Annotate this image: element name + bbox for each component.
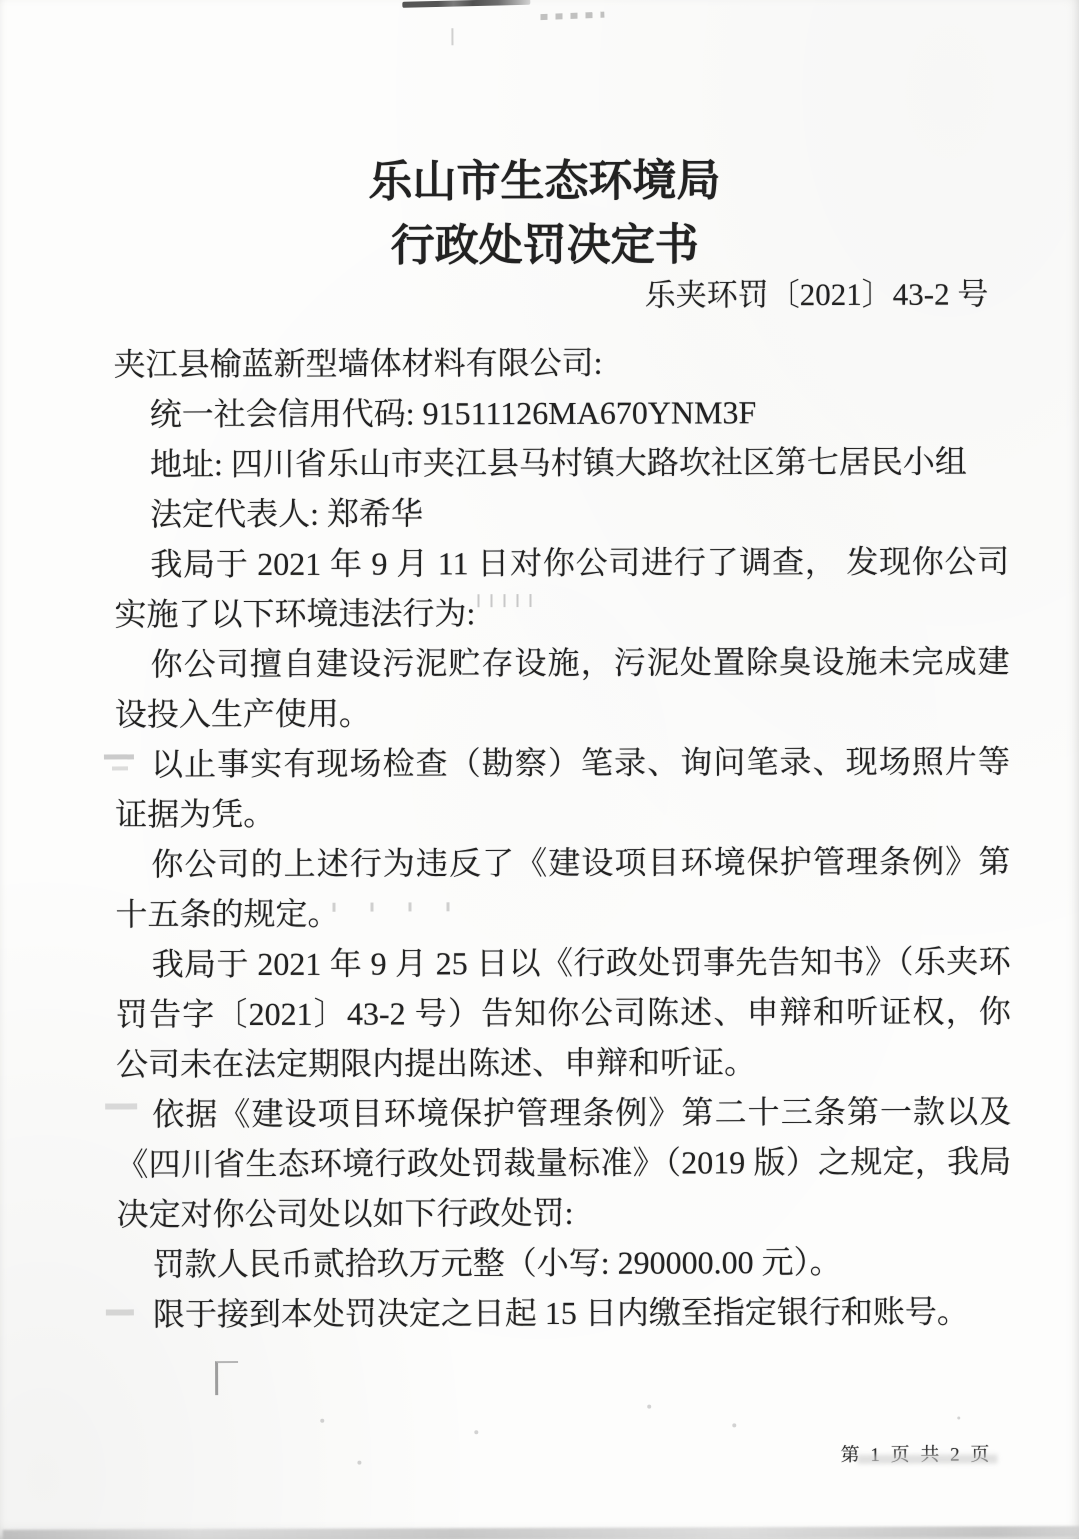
address-line: 地址: 四川省乐山市夹江县马村镇大路坎社区第七居民小组 xyxy=(114,436,1009,489)
paragraph-payment-deadline: 限于接到本处罚决定之日起 15 日内缴至指定银行和账号。 xyxy=(117,1286,1012,1339)
paragraph-regulation-violated: 你公司的上述行为违反了《建设项目环境保护管理条例》第十五条的规定。 xyxy=(115,836,1010,939)
document-body: 夹江县榆蓝新型墙体材料有限公司: 统一社会信用代码: 91511126MA670… xyxy=(113,336,1011,1339)
scan-artifact-speckle xyxy=(320,1419,324,1423)
paragraph-evidence: 以止事实有现场检查（勘察）笔录、询问笔录、现场照片等证据为凭。 xyxy=(115,736,1010,839)
paragraph-prior-notice: 我局于 2021 年 9 月 25 日以《行政处罚事先告知书》（乐夹环罚告字〔2… xyxy=(116,936,1012,1089)
paragraph-fine-amount: 罚款人民币贰拾玖万元整（小写: 290000.00 元）。 xyxy=(117,1236,1012,1289)
scan-artifact-speckle xyxy=(732,1423,736,1427)
document-title-line-2: 行政处罚决定书 xyxy=(5,212,1079,280)
credit-code-line: 统一社会信用代码: 91511126MA670YNM3F xyxy=(114,386,1009,439)
scan-artifact-speckle xyxy=(357,1461,361,1465)
scan-artifact-top-tick xyxy=(451,28,453,45)
legal-representative-line: 法定代表人: 郑希华 xyxy=(114,486,1009,539)
document-title-block: 乐山市生态环境局 行政处罚决定书 xyxy=(5,148,1079,280)
document-number: 乐夹环罚〔2021〕43-2 号 xyxy=(645,274,989,315)
scan-artifact-speckle xyxy=(957,1417,960,1420)
scan-artifact-bottom-edge xyxy=(3,1526,1079,1539)
scan-artifact-corner-mark xyxy=(215,1361,238,1395)
paragraph-legal-basis: 依据《建设项目环境保护管理条例》第二十三条第一款以及《四川省生态环境行政处罚裁量… xyxy=(116,1086,1012,1239)
scan-artifact-top-streak xyxy=(402,0,530,8)
paragraph-investigation: 我局于 2021 年 9 月 11 日对你公司进行了调查， 发现你公司实施了以下… xyxy=(114,536,1009,639)
document-content: 乐山市生态环境局 行政处罚决定书 乐夹环罚〔2021〕43-2 号 夹江县榆蓝新… xyxy=(0,0,1079,1539)
paragraph-violation: 你公司擅自建设污泥贮存设施，污泥处置除臭设施未完成建设投入生产使用。 xyxy=(115,636,1010,739)
scan-artifact-top-marks xyxy=(540,12,604,20)
scanned-document-page: 乐山市生态环境局 行政处罚决定书 乐夹环罚〔2021〕43-2 号 夹江县榆蓝新… xyxy=(0,0,1079,1539)
scan-artifact-speckle xyxy=(647,1405,651,1409)
scan-artifact-speckle xyxy=(474,1430,478,1434)
document-title-line-1: 乐山市生态环境局 xyxy=(5,148,1079,216)
page-number-label: 第 1 页 共 2 页 xyxy=(841,1439,993,1467)
recipient-line: 夹江县榆蓝新型墙体材料有限公司: xyxy=(113,336,1008,389)
